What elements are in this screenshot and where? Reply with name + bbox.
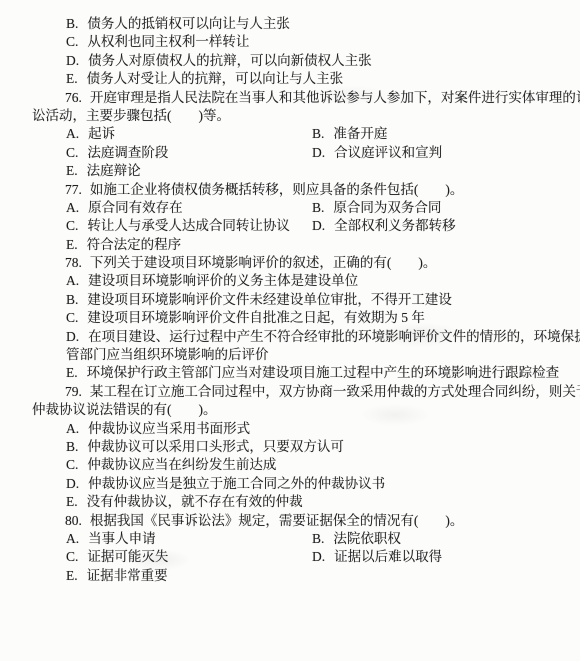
option-item: B.仲裁协议可以采用口头形式，只要双方认可	[32, 438, 558, 456]
option-item: D.证据以后难以取得	[312, 548, 558, 566]
option-text: 管部门应当组织环境影响的后评价	[66, 347, 269, 362]
question-text: 如施工企业将债权债务概括转移，则应具备的条件包括( )。	[90, 182, 464, 197]
option-text: 证据可能灭失	[87, 549, 168, 564]
option-label: A.	[66, 125, 79, 143]
option-item: C.证据可能灭失	[32, 548, 312, 566]
option-label: A.	[66, 530, 79, 548]
option-text: 原合同为双务合同	[333, 200, 441, 215]
option-item: D.债务人对原债权人的抗辩，可以向新债权人主张	[32, 52, 558, 70]
option-label: B.	[66, 15, 78, 33]
option-text: 没有仲裁协议，就不存在有效的仲裁	[87, 494, 303, 509]
option-item-continuation: 管部门应当组织环境影响的后评价	[32, 346, 558, 364]
option-item: E.法庭辩论	[32, 162, 558, 180]
option-label: B.	[66, 438, 78, 456]
option-text: 建设项目环境影响评价文件未经建设单位审批，不得开工建设	[87, 292, 452, 307]
option-item: B.建设项目环境影响评价文件未经建设单位审批，不得开工建设	[32, 291, 558, 309]
option-text: 法院依职权	[333, 531, 401, 546]
option-text: 当事人申请	[88, 531, 156, 546]
question-text: 下列关于建设项目环境影响评价的叙述，正确的有( )。	[90, 255, 437, 270]
option-item: B.债务人的抵销权可以向让与人主张	[32, 15, 558, 33]
option-label: D.	[312, 217, 325, 235]
option-text: 证据以后难以取得	[334, 549, 442, 564]
option-item: E.符合法定的程序	[32, 236, 558, 254]
question-number: 78.	[65, 254, 82, 272]
option-row: C.证据可能灭失 D.证据以后难以取得	[32, 548, 558, 566]
option-item: E.环境保护行政主管部门应当对建设项目施工过程中产生的环境影响进行跟踪检查	[32, 364, 558, 382]
option-text: 转让人与承受人达成合同转让协议	[87, 218, 290, 233]
option-text: 建设项目环境影响评价的义务主体是建设单位	[88, 273, 358, 288]
question-number: 76.	[65, 89, 82, 107]
document-page: B.债务人的抵销权可以向让与人主张 C.从权利也同主权利一样转让 D.债务人对原…	[0, 0, 580, 661]
option-text: 仲裁协议可以采用口头形式，只要双方认可	[87, 439, 344, 454]
option-label: B.	[66, 291, 78, 309]
option-item: B.准备开庭	[312, 125, 558, 143]
question-text: 仲裁协议说法错误的有( )。	[32, 402, 217, 417]
option-label: D.	[66, 475, 79, 493]
option-item: B.原合同为双务合同	[312, 199, 558, 217]
question-text: 根据我国《民事诉讼法》规定，需要证据保全的情况有( )。	[90, 513, 464, 528]
option-text: 全部权利义务都转移	[334, 218, 456, 233]
option-text: 法庭调查阶段	[87, 145, 168, 160]
option-row: A.原合同有效存在 B.原合同为双务合同	[32, 199, 558, 217]
option-label: D.	[312, 144, 325, 162]
option-label: C.	[66, 456, 78, 474]
option-item: A.建设项目环境影响评价的义务主体是建设单位	[32, 272, 558, 290]
option-item: D.全部权利义务都转移	[312, 217, 558, 235]
option-label: C.	[66, 217, 78, 235]
option-item: D.在项目建设、运行过程中产生不符合经审批的环境影响评价文件的情形的，环境保护主	[32, 328, 558, 346]
option-item: E.没有仲裁协议，就不存在有效的仲裁	[32, 493, 558, 511]
option-label: E.	[66, 162, 78, 180]
option-text: 仲裁协议应当在纠纷发生前达成	[87, 457, 276, 472]
option-text: 合议庭评议和宣判	[334, 145, 442, 160]
option-row: C.法庭调查阶段 D.合议庭评议和宣判	[32, 144, 558, 162]
option-item: A.当事人申请	[32, 530, 312, 548]
option-label: C.	[66, 33, 78, 51]
option-text: 在项目建设、运行过程中产生不符合经审批的环境影响评价文件的情形的，环境保护主	[88, 329, 580, 344]
option-item: D.合议庭评议和宣判	[312, 144, 558, 162]
option-item: D.仲裁协议应当是独立于施工合同之外的仲裁协议书	[32, 475, 558, 493]
option-label: B.	[312, 199, 324, 217]
option-text: 原合同有效存在	[88, 200, 183, 215]
option-row: C.转让人与承受人达成合同转让协议 D.全部权利义务都转移	[32, 217, 558, 235]
question-76-stem-line-1: 76.开庭审理是指人民法院在当事人和其他诉讼参与人参加下，对案件进行实体审理的诉	[32, 89, 558, 107]
question-79-stem-line-1: 79.某工程在订立施工合同过程中，双方协商一致采用仲裁的方式处理合同纠纷，则关于	[32, 383, 558, 401]
option-label: D.	[66, 328, 79, 346]
option-row: A.起诉 B.准备开庭	[32, 125, 558, 143]
option-label: E.	[66, 236, 78, 254]
question-text: 讼活动，主要步骤包括( )等。	[32, 108, 230, 123]
option-row: A.当事人申请 B.法院依职权	[32, 530, 558, 548]
option-item: C.建设项目环境影响评价文件自批准之日起，有效期为 5 年	[32, 309, 558, 327]
option-item: C.从权利也同主权利一样转让	[32, 33, 558, 51]
option-item: A.原合同有效存在	[32, 199, 312, 217]
option-label: D.	[66, 52, 79, 70]
option-label: E.	[66, 364, 78, 382]
option-label: C.	[66, 144, 78, 162]
question-76-stem-line-2: 讼活动，主要步骤包括( )等。	[32, 107, 558, 125]
option-label: A.	[66, 199, 79, 217]
option-label: C.	[66, 309, 78, 327]
question-text: 某工程在订立施工合同过程中，双方协商一致采用仲裁的方式处理合同纠纷，则关于	[90, 384, 580, 399]
option-item: E.债务人对受让人的抗辩，可以向让与人主张	[32, 70, 558, 88]
option-label: B.	[312, 125, 324, 143]
option-item: C.转让人与承受人达成合同转让协议	[32, 217, 312, 235]
option-text: 债务人对受让人的抗辩，可以向让与人主张	[87, 71, 344, 86]
option-text: 证据非常重要	[87, 568, 168, 583]
option-text: 债务人对原债权人的抗辩，可以向新债权人主张	[88, 53, 372, 68]
option-label: D.	[312, 548, 325, 566]
option-label: E.	[66, 70, 78, 88]
option-label: E.	[66, 493, 78, 511]
option-item: A.起诉	[32, 125, 312, 143]
option-item: E.证据非常重要	[32, 567, 558, 585]
option-text: 环境保护行政主管部门应当对建设项目施工过程中产生的环境影响进行跟踪检查	[87, 365, 560, 380]
option-text: 起诉	[88, 126, 115, 141]
question-78-stem: 78.下列关于建设项目环境影响评价的叙述，正确的有( )。	[32, 254, 558, 272]
option-item: A.仲裁协议应当采用书面形式	[32, 420, 558, 438]
question-79-stem-line-2: 仲裁协议说法错误的有( )。	[32, 401, 558, 419]
option-label: E.	[66, 567, 78, 585]
question-80-stem: 80.根据我国《民事诉讼法》规定，需要证据保全的情况有( )。	[32, 512, 558, 530]
question-number: 80.	[65, 512, 82, 530]
question-text: 开庭审理是指人民法院在当事人和其他诉讼参与人参加下，对案件进行实体审理的诉	[90, 90, 580, 105]
option-label: A.	[66, 272, 79, 290]
question-number: 77.	[65, 181, 82, 199]
option-item: B.法院依职权	[312, 530, 558, 548]
option-text: 符合法定的程序	[87, 237, 182, 252]
option-text: 准备开庭	[333, 126, 387, 141]
option-text: 建设项目环境影响评价文件自批准之日起，有效期为 5 年	[87, 310, 425, 325]
option-text: 仲裁协议应当采用书面形式	[88, 421, 250, 436]
option-item: C.仲裁协议应当在纠纷发生前达成	[32, 456, 558, 474]
option-text: 法庭辩论	[87, 163, 141, 178]
option-item: C.法庭调查阶段	[32, 144, 312, 162]
option-text: 仲裁协议应当是独立于施工合同之外的仲裁协议书	[88, 476, 385, 491]
option-label: B.	[312, 530, 324, 548]
option-text: 从权利也同主权利一样转让	[87, 34, 249, 49]
option-text: 债务人的抵销权可以向让与人主张	[87, 16, 290, 31]
option-label: C.	[66, 548, 78, 566]
question-number: 79.	[65, 383, 82, 401]
question-77-stem: 77.如施工企业将债权债务概括转移，则应具备的条件包括( )。	[32, 181, 558, 199]
option-label: A.	[66, 420, 79, 438]
